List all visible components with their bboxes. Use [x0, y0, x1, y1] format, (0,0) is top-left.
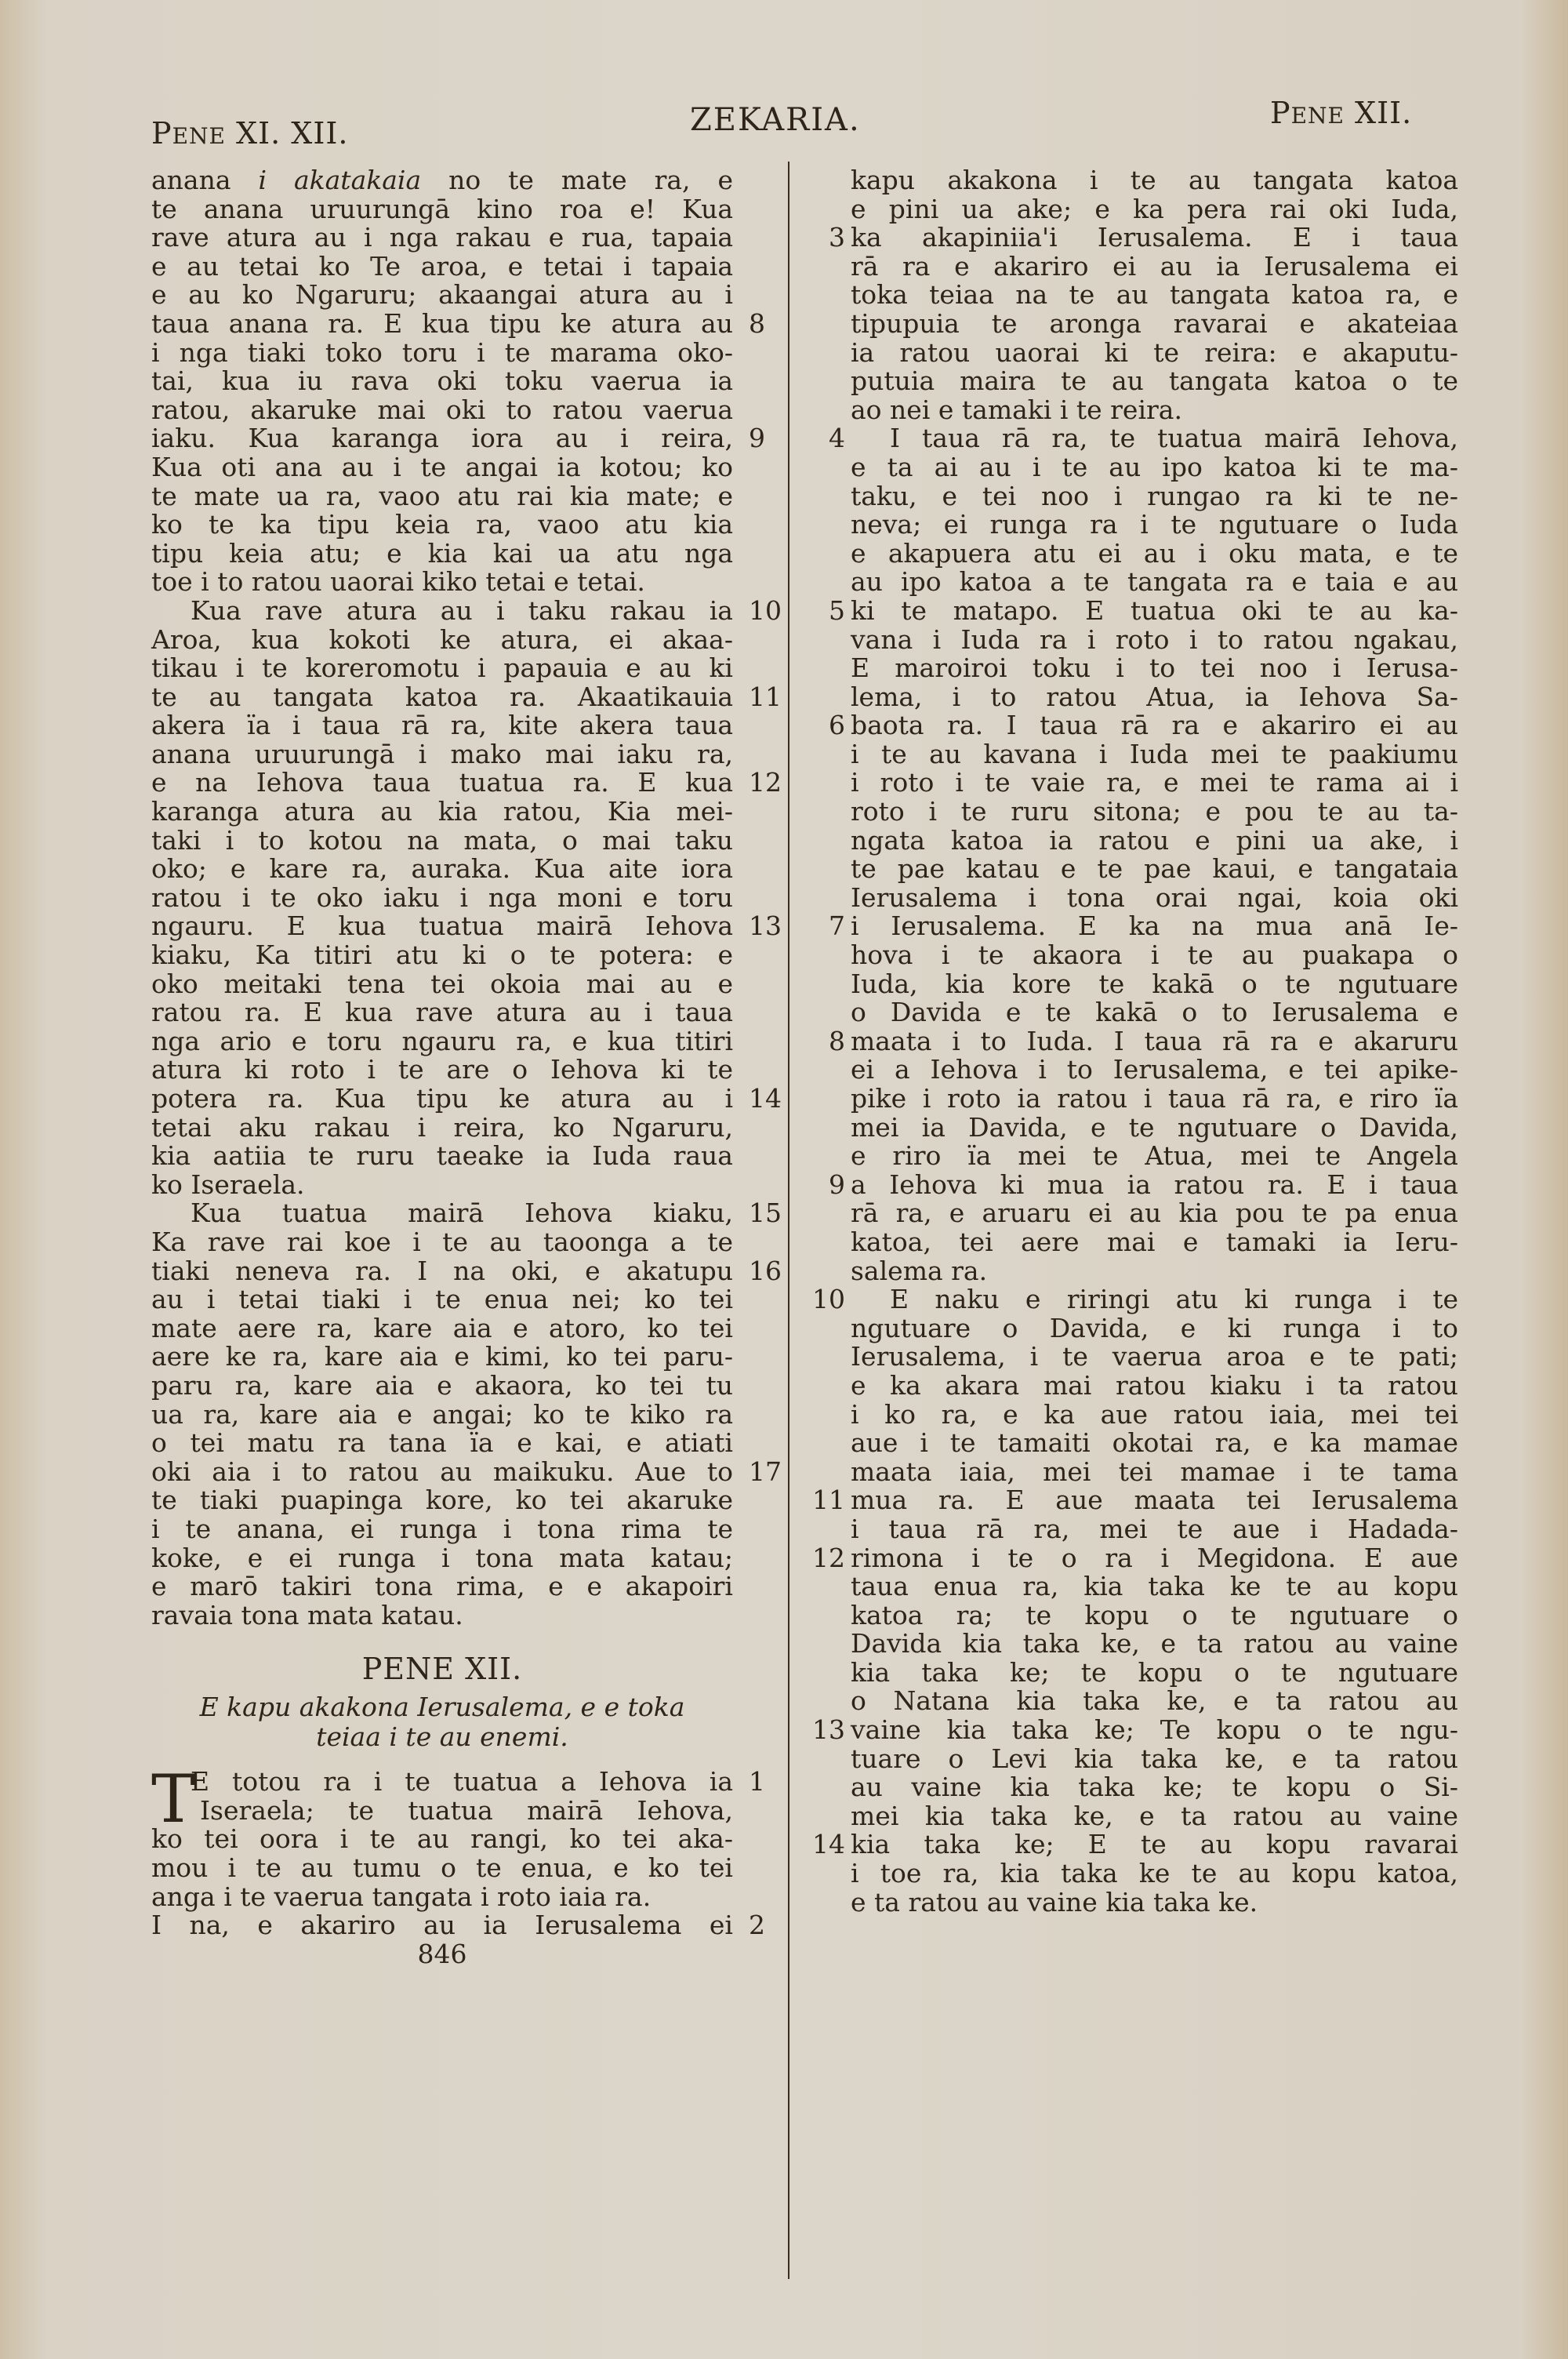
verse-number: 14: [808, 1830, 845, 1859]
text-line: rā ra, e aruaru ei au kia pou te pa enua: [808, 1199, 1443, 1228]
text-line: ko tei oora i te au rangi, ko tei aka-: [151, 1825, 747, 1854]
line-text: tetai aku rakau i reira, ko Ngaruru,: [151, 1114, 733, 1143]
line-text: ngata katoa ia ratou e pini ua ake, i: [851, 827, 1458, 856]
text-line: o Natana kia taka ke, e ta ratou au: [808, 1687, 1443, 1716]
text-line: Iseraela; te tuatua mairā Iehova,: [151, 1797, 747, 1826]
verse-number: 8: [808, 1027, 845, 1056]
text-line: au ipo katoa a te tangata ra e taia e au: [808, 568, 1443, 597]
text-line: au vaine kia taka ke; te kopu o Si-: [808, 1773, 1443, 1802]
text-line: anga i te vaerua tangata i roto iaia ra.: [151, 1883, 747, 1912]
text-line: tai, kua iu rava oki toku vaerua ia: [151, 367, 747, 396]
line-text: ao nei e tamaki i te reira.: [851, 396, 1458, 425]
text-line: Ka rave rai koe i te au taoonga a te: [151, 1228, 747, 1257]
text-line: toka teiaa na te au tangata katoa ra, e: [808, 281, 1443, 310]
text-line: e marō takiri tona rima, e e akapoiri: [151, 1572, 747, 1601]
text-line: i te au kavana i Iuda mei te paakiumu: [808, 740, 1443, 769]
line-text: mua ra. E aue maata tei Ierusalema: [851, 1486, 1458, 1515]
line-text: taki i to kotou na mata, o mai taku: [151, 827, 733, 856]
text-line: e ta ai au i te au ipo katoa ki te ma-: [808, 453, 1443, 482]
text-line: ngauru. E kua tuatua mairā Iehova13: [151, 912, 747, 941]
line-text: kapu akakona i te au tangata katoa: [851, 166, 1458, 195]
line-text: ravaia tona mata katau.: [151, 1601, 733, 1630]
line-text: e akapuera atu ei au i oku mata, e te: [851, 540, 1458, 569]
text-line: kia aatiia te ruru taeake ia Iuda raua: [151, 1142, 747, 1171]
text-line: nga ario e toru ngauru ra, e kua titiri: [151, 1027, 747, 1056]
line-text: kia taka ke; E te au kopu ravarai: [851, 1830, 1458, 1859]
line-text: aere ke ra, kare aia e kimi, ko tei paru…: [151, 1343, 733, 1372]
line-text: tuare o Levi kia taka ke, e ta ratou: [851, 1745, 1458, 1774]
line-text: vaine kia taka ke; Te kopu o te ngu-: [851, 1716, 1458, 1745]
text-line: atura ki roto i te are o Iehova ki te: [151, 1056, 747, 1085]
text-line: roto i te ruru sitona; e pou te au ta-: [808, 798, 1443, 827]
text-line: akera ïa i taua rā ra, kite akera taua: [151, 711, 747, 740]
line-text: aue i te tamaiti okotai ra, e ka mamae: [851, 1429, 1458, 1458]
line-text: akera ïa i taua rā ra, kite akera taua: [151, 711, 733, 740]
line-text: o tei matu ra tana ïa e kai, e atiati: [151, 1429, 733, 1458]
text-line: Davida kia taka ke, e ta ratou au vaine: [808, 1630, 1443, 1659]
line-text: tiaki neneva ra. I na oki, e akatupu: [151, 1257, 733, 1286]
line-text: paru ra, kare aia e akaora, ko tei tu: [151, 1372, 733, 1401]
verse-number: 6: [808, 711, 845, 740]
text-line: mou i te au tumu o te enua, e ko tei: [151, 1854, 747, 1883]
text-line: Kua rave atura au i taku rakau ia10: [151, 597, 747, 626]
text-line: i nga tiaki toko toru i te marama oko-: [151, 339, 747, 368]
text-line: ki te matapo. E tuatua oki te au ka-5: [808, 597, 1443, 626]
verse-number: 9: [808, 1171, 845, 1200]
line-text: mei kia taka ke, e ta ratou au vaine: [851, 1802, 1458, 1831]
line-text: te anana uruurungā kino roa e! Kua: [151, 195, 733, 224]
text-line: vana i Iuda ra i roto i to ratou ngakau,: [808, 626, 1443, 655]
text-line: potera ra. Kua tipu ke atura au i14: [151, 1085, 747, 1114]
line-text: taua anana ra. E kua tipu ke atura au: [151, 310, 733, 339]
text-line: Kua tuatua mairā Iehova kiaku,15: [151, 1199, 747, 1228]
text-line: te anana uruurungā kino roa e! Kua: [151, 195, 747, 224]
text-line: anana i akatakaia no te mate ra, e: [151, 166, 747, 195]
line-text: ka akapiniia'i Ierusalema. E i taua: [851, 224, 1458, 253]
line-text: tipupuia te aronga ravarai e akateiaa: [851, 310, 1458, 339]
line-text: E maroiroi toku i to tei noo i Ierusa-: [851, 654, 1458, 683]
line-text: rave atura au i nga rakau e rua, tapaia: [151, 224, 733, 253]
line-text: rā ra, e aruaru ei au kia pou te pa enua: [851, 1199, 1458, 1228]
line-text: e ta ratou au vaine kia taka ke.: [851, 1888, 1458, 1917]
text-line: e pini ua ake; e ka pera rai oki Iuda,: [808, 195, 1443, 224]
line-text: kiaku, Ka titiri atu ki o te potera: e: [151, 941, 733, 970]
verse-number: 4: [808, 424, 845, 453]
line-text: I na, e akariro au ia Ierusalema ei: [151, 1911, 733, 1940]
text-line: e au ko Ngaruru; akaangai atura au i: [151, 281, 747, 310]
line-text: ngauru. E kua tuatua mairā Iehova: [151, 912, 733, 941]
text-line: rā ra e akariro ei au ia Ierusalema ei: [808, 253, 1443, 282]
line-text: e riro ïa mei te Atua, mei te Angela: [851, 1142, 1458, 1171]
line-text: ia ratou uaorai ki te reira: e akaputu-: [851, 339, 1458, 368]
text-line: maata i to Iuda. I taua rā ra e akaruru8: [808, 1027, 1443, 1056]
line-text: maata iaia, mei tei mamae i te tama: [851, 1458, 1458, 1487]
line-text: E totou ra i te tuatua a Iehova ia: [191, 1768, 733, 1797]
line-text: ko Iseraela.: [151, 1171, 733, 1200]
text-line: ao nei e tamaki i te reira.: [808, 396, 1443, 425]
text-line: ei a Iehova i to Ierusalema, e tei apike…: [808, 1056, 1443, 1085]
text-line: i toe ra, kia taka ke te au kopu katoa,: [808, 1859, 1443, 1888]
text-line: Ierusalema, i te vaerua aroa e te pati;: [808, 1343, 1443, 1372]
line-text: e na Iehova taua tuatua ra. E kua: [151, 769, 733, 798]
line-text: anana uruurungā i mako mai iaku ra,: [151, 740, 733, 769]
line-text: ei a Iehova i to Ierusalema, e tei apike…: [851, 1056, 1458, 1085]
line-text: ratou ra. E kua rave atura au i taua: [151, 998, 733, 1027]
line-text: tai, kua iu rava oki toku vaerua ia: [151, 367, 733, 396]
text-line: mei ia Davida, e te ngutuare o Davida,: [808, 1114, 1443, 1143]
text-line: ka akapiniia'i Ierusalema. E i taua3: [808, 224, 1443, 253]
line-text: i roto i te vaie ra, e mei te rama ai i: [851, 769, 1458, 798]
text-line: i roto i te vaie ra, e mei te rama ai i: [808, 769, 1443, 798]
verse-number: 2: [749, 1911, 780, 1940]
text-line: o tei matu ra tana ïa e kai, e atiati: [151, 1429, 747, 1458]
text-line: Kua oti ana au i te angai ia kotou; ko: [151, 453, 747, 482]
header-right-smallcaps: ENE: [1291, 103, 1345, 129]
line-text: a Iehova ki mua ia ratou ra. E i taua: [851, 1171, 1458, 1200]
line-text: Kua tuatua mairā Iehova kiaku,: [151, 1199, 733, 1228]
text-line: te au tangata katoa ra. Akaatikauia11: [151, 683, 747, 712]
text-line: kiaku, Ka titiri atu ki o te potera: e: [151, 941, 747, 970]
line-text: te pae katau e te pae kaui, e tangataia: [851, 855, 1458, 884]
text-line: koke, e ei runga i tona mata katau;: [151, 1544, 747, 1573]
chapter-summary: E kapu akakona Ierusalema, e e tokateiaa…: [151, 1692, 733, 1768]
text-line: I taua rā ra, te tuatua mairā Iehova,4: [808, 424, 1443, 453]
header-right-rest: XII.: [1345, 96, 1412, 130]
line-text: Iseraela; te tuatua mairā Iehova,: [200, 1797, 733, 1826]
text-line: ia ratou uaorai ki te reira: e akaputu-: [808, 339, 1443, 368]
text-line: a Iehova ki mua ia ratou ra. E i taua9: [808, 1171, 1443, 1200]
text-line: karanga atura au kia ratou, Kia mei-: [151, 798, 747, 827]
verse-number: 10: [808, 1285, 845, 1314]
verse-number: 12: [808, 1544, 845, 1573]
header-left-initial: P: [151, 116, 172, 151]
text-line: au i tetai tiaki i te enua nei; ko tei: [151, 1285, 747, 1314]
line-text: oki aia i to ratou au maikuku. Aue to: [151, 1458, 733, 1487]
text-line: kia taka ke; te kopu o te ngutuare: [808, 1659, 1443, 1688]
line-text: ratou i te oko iaku i nga moni e toru: [151, 884, 733, 913]
text-line: aere ke ra, kare aia e kimi, ko tei paru…: [151, 1343, 747, 1372]
line-text: taua enua ra, kia taka ke te au kopu: [851, 1572, 1458, 1601]
line-text: koke, e ei runga i tona mata katau;: [151, 1544, 733, 1573]
line-text: mate aere ra, kare aia e atoro, ko tei: [151, 1314, 733, 1343]
line-text: Iuda, kia kore te kakā o te ngutuare: [851, 970, 1458, 999]
text-line: taua anana ra. E kua tipu ke atura au8: [151, 310, 747, 339]
line-text: oko; e kare ra, auraka. Kua aite iora: [151, 855, 733, 884]
verse-number: 11: [808, 1486, 845, 1515]
text-line: tuare o Levi kia taka ke, e ta ratou: [808, 1745, 1443, 1774]
text-line: salema ra.: [808, 1257, 1443, 1286]
verse-number: 13: [808, 1716, 845, 1745]
line-text: taku, e tei noo i rungao ra ki te ne-: [851, 482, 1458, 511]
text-line: e ka akara mai ratou kiaku i ta ratou: [808, 1372, 1443, 1401]
text-line: e riro ïa mei te Atua, mei te Angela: [808, 1142, 1443, 1171]
verse-number: 1: [749, 1768, 780, 1797]
line-text: nga ario e toru ngauru ra, e kua titiri: [151, 1027, 733, 1056]
line-text: e au tetai ko Te aroa, e tetai i tapaia: [151, 253, 733, 282]
line-text: e ka akara mai ratou kiaku i ta ratou: [851, 1372, 1458, 1401]
column-divider: [788, 162, 789, 2279]
text-line: paru ra, kare aia e akaora, ko tei tu: [151, 1372, 747, 1401]
line-text: Aroa, kua kokoti ke atura, ei akaa-: [151, 626, 733, 655]
line-text: au i tetai tiaki i te enua nei; ko tei: [151, 1285, 733, 1314]
line-text: putuia maira te au tangata katoa o te: [851, 367, 1458, 396]
text-line: ngutuare o Davida, e ki runga i to: [808, 1314, 1443, 1343]
text-line: kia taka ke; E te au kopu ravarai14: [808, 1830, 1443, 1859]
text-line: e na Iehova taua tuatua ra. E kua12: [151, 769, 747, 798]
verse-number: 3: [808, 224, 845, 253]
line-text: au ipo katoa a te tangata ra e taia e au: [851, 568, 1458, 597]
line-text: kia aatiia te ruru taeake ia Iuda raua: [151, 1142, 733, 1171]
line-text: maata i to Iuda. I taua rā ra e akaruru: [851, 1027, 1458, 1056]
line-text: tikau i te koreromotu i papauia e au ki: [151, 654, 733, 683]
line-text: kia taka ke; te kopu o te ngutuare: [851, 1659, 1458, 1688]
text-line: tipupuia te aronga ravarai e akateiaa: [808, 310, 1443, 339]
text-line: ko Iseraela.: [151, 1171, 747, 1200]
verse-number: 5: [808, 597, 845, 626]
line-text: Ierusalema i tona orai ngai, koia oki: [851, 884, 1458, 913]
line-text: e marō takiri tona rima, e e akapoiri: [151, 1572, 733, 1601]
right-column: kapu akakona i te au tangata katoae pini…: [808, 166, 1443, 1917]
text-line: i taua rā ra, mei te aue i Hadada-: [808, 1515, 1443, 1544]
page-number-line: 846: [151, 1940, 747, 1969]
line-text: i taua rā ra, mei te aue i Hadada-: [851, 1515, 1458, 1544]
line-text: lema, i to ratou Atua, ia Iehova Sa-: [851, 683, 1458, 712]
chapter-body: TE totou ra i te tuatua a Iehova ia1Iser…: [151, 1768, 747, 1940]
text-line: hova i te akaora i te au puakapa o: [808, 941, 1443, 970]
text-line: ratou, akaruke mai oki to ratou vaerua: [151, 396, 747, 425]
line-text: ngutuare o Davida, e ki runga i to: [851, 1314, 1458, 1343]
line-text: vana i Iuda ra i roto i to ratou ngakau,: [851, 626, 1458, 655]
line-text: toka teiaa na te au tangata katoa ra, e: [851, 281, 1458, 310]
text-line: katoa ra; te kopu o te ngutuare o: [808, 1601, 1443, 1630]
line-text: e au ko Ngaruru; akaangai atura au i: [151, 281, 733, 310]
line-text: toe i to ratou uaorai kiko tetai e tetai…: [151, 568, 733, 597]
text-line: vaine kia taka ke; Te kopu o te ngu-13: [808, 1716, 1443, 1745]
text-line: mua ra. E aue maata tei Ierusalema11: [808, 1486, 1443, 1515]
text-line: I na, e akariro au ia Ierusalema ei2: [151, 1911, 747, 1940]
italic-text-run: i akatakaia: [258, 165, 421, 195]
text-line: ko te ka tipu keia ra, vaoo atu kia: [151, 511, 747, 540]
text-line: te pae katau e te pae kaui, e tangataia: [808, 855, 1443, 884]
header-right-initial: P: [1270, 96, 1291, 130]
line-text: Kua rave atura au i taku rakau ia: [151, 597, 733, 626]
book-title: ZEKARIA.: [690, 102, 861, 138]
verse-number: 12: [749, 769, 780, 798]
line-text: iaku. Kua karanga iora au i reira,: [151, 424, 733, 453]
text-line: oki aia i to ratou au maikuku. Aue to17: [151, 1458, 747, 1487]
text-line: baota ra. I taua rā ra e akariro ei au6: [808, 711, 1443, 740]
text-line: pike i roto ia ratou i taua rā ra, e rir…: [808, 1085, 1443, 1114]
text-line: kapu akakona i te au tangata katoa: [808, 166, 1443, 195]
line-text: Ierusalema, i te vaerua aroa e te pati;: [851, 1343, 1458, 1372]
text-line: aue i te tamaiti okotai ra, e ka mamae: [808, 1429, 1443, 1458]
line-text: anga i te vaerua tangata i roto iaia ra.: [151, 1883, 733, 1912]
header-left-smallcaps: ENE: [172, 123, 226, 149]
line-text: oko meitaki tena tei okoia mai au e: [151, 970, 733, 999]
text-line: o Davida e te kakā o to Ierusalema e: [808, 998, 1443, 1027]
text-line: taua enua ra, kia taka ke te au kopu: [808, 1572, 1443, 1601]
line-text: I taua rā ra, te tuatua mairā Iehova,: [851, 424, 1458, 453]
line-text: ko te ka tipu keia ra, vaoo atu kia: [151, 511, 733, 540]
text-line: E totou ra i te tuatua a Iehova ia1: [151, 1768, 747, 1797]
line-text: i Ierusalema. E ka na mua anā Ie-: [851, 912, 1458, 941]
text-line: mate aere ra, kare aia e atoro, ko tei: [151, 1314, 747, 1343]
summary-line: teiaa i te au enemi.: [151, 1722, 733, 1752]
text-line: tikau i te koreromotu i papauia e au ki: [151, 654, 747, 683]
text-line: tipu keia atu; e kia kai ua atu nga: [151, 540, 747, 569]
text-line: te tiaki puapinga kore, ko tei akaruke: [151, 1486, 747, 1515]
verse-number: 15: [749, 1199, 780, 1228]
line-text: i nga tiaki toko toru i te marama oko-: [151, 339, 733, 368]
line-text: atura ki roto i te are o Iehova ki te: [151, 1056, 733, 1085]
text-line: e ta ratou au vaine kia taka ke.: [808, 1888, 1443, 1917]
text-line: i ko ra, e ka aue ratou iaia, mei tei: [808, 1401, 1443, 1430]
text-line: Ierusalema i tona orai ngai, koia oki: [808, 884, 1443, 913]
line-text: te au tangata katoa ra. Akaatikauia: [151, 683, 733, 712]
line-text: ratou, akaruke mai oki to ratou vaerua: [151, 396, 733, 425]
line-text: te tiaki puapinga kore, ko tei akaruke: [151, 1486, 733, 1515]
line-text: hova i te akaora i te au puakapa o: [851, 941, 1458, 970]
line-text: Davida kia taka ke, e ta ratou au vaine: [851, 1630, 1458, 1659]
line-text: baota ra. I taua rā ra e akariro ei au: [851, 711, 1458, 740]
line-text: o Natana kia taka ke, e ta ratou au: [851, 1687, 1458, 1716]
line-text: i toe ra, kia taka ke te au kopu katoa,: [851, 1859, 1458, 1888]
verse-number: 10: [749, 597, 780, 626]
text-line: oko; e kare ra, auraka. Kua aite iora: [151, 855, 747, 884]
line-text: anana i akatakaia no te mate ra, e: [151, 166, 733, 195]
text-run: anana: [151, 165, 258, 195]
text-line: oko meitaki tena tei okoia mai au e: [151, 970, 747, 999]
verse-number: 16: [749, 1257, 780, 1286]
line-text: ko tei oora i te au rangi, ko tei aka-: [151, 1825, 733, 1854]
text-line: i Ierusalema. E ka na mua anā Ie-7: [808, 912, 1443, 941]
summary-line: E kapu akakona Ierusalema, e e toka: [151, 1692, 733, 1722]
text-line: neva; ei runga ra i te ngutuare o Iuda: [808, 511, 1443, 540]
line-text: ua ra, kare aia e angai; ko te kiko ra: [151, 1401, 733, 1430]
line-text: E naku e riringi atu ki runga i te: [851, 1285, 1458, 1314]
line-text: salema ra.: [851, 1257, 1458, 1286]
line-text: rimona i te o ra i Megidona. E aue: [851, 1544, 1458, 1573]
line-text: e pini ua ake; e ka pera rai oki Iuda,: [851, 195, 1458, 224]
verse-number: 14: [749, 1085, 780, 1114]
page-number: 846: [151, 1940, 733, 1969]
text-line: toe i to ratou uaorai kiko tetai e tetai…: [151, 568, 747, 597]
text-line: e akapuera atu ei au i oku mata, e te: [808, 540, 1443, 569]
header-chapter-current: PENE XII.: [1270, 96, 1412, 130]
text-line: te mate ua ra, vaoo atu rai kia mate; e: [151, 482, 747, 511]
text-run: no te mate ra, e: [421, 165, 733, 195]
text-line: putuia maira te au tangata katoa o te: [808, 367, 1443, 396]
left-column: anana i akatakaia no te mate ra, ete ana…: [151, 166, 747, 1968]
text-line: i te anana, ei runga i tona rima te: [151, 1515, 747, 1544]
line-text: Ka rave rai koe i te au taoonga a te: [151, 1228, 733, 1257]
text-line: taki i to kotou na mata, o mai taku: [151, 827, 747, 856]
text-line: ratou ra. E kua rave atura au i taua: [151, 998, 747, 1027]
line-text: tipu keia atu; e kia kai ua atu nga: [151, 540, 733, 569]
text-line: rave atura au i nga rakau e rua, tapaia: [151, 224, 747, 253]
text-line: Aroa, kua kokoti ke atura, ei akaa-: [151, 626, 747, 655]
header-chapter-range: PENE XI. XII.: [151, 116, 348, 151]
line-text: katoa, tei aere mai e tamaki ia Ieru-: [851, 1228, 1458, 1257]
text-line: ngata katoa ia ratou e pini ua ake, i: [808, 827, 1443, 856]
text-line: lema, i to ratou Atua, ia Iehova Sa-: [808, 683, 1443, 712]
line-text: te mate ua ra, vaoo atu rai kia mate; e: [151, 482, 733, 511]
text-line: anana uruurungā i mako mai iaku ra,: [151, 740, 747, 769]
text-line: mei kia taka ke, e ta ratou au vaine: [808, 1802, 1443, 1831]
text-line: E naku e riringi atu ki runga i te10: [808, 1285, 1443, 1314]
running-header: PENE XI. XII. ZEKARIA. PENE XII.: [0, 96, 1568, 151]
text-line: iaku. Kua karanga iora au i reira,9: [151, 424, 747, 453]
line-text: karanga atura au kia ratou, Kia mei-: [151, 798, 733, 827]
line-text: pike i roto ia ratou i taua rā ra, e rir…: [851, 1085, 1458, 1114]
verse-number: 11: [749, 683, 780, 712]
text-line: ratou i te oko iaku i nga moni e toru: [151, 884, 747, 913]
line-text: i te au kavana i Iuda mei te paakiumu: [851, 740, 1458, 769]
text-line: maata iaia, mei tei mamae i te tama: [808, 1458, 1443, 1487]
line-text: mou i te au tumu o te enua, e ko tei: [151, 1854, 733, 1883]
line-text: mei ia Davida, e te ngutuare o Davida,: [851, 1114, 1458, 1143]
verse-number: 7: [808, 912, 845, 941]
verse-number: 9: [749, 424, 780, 453]
header-left-rest: XI. XII.: [226, 116, 348, 151]
line-text: o Davida e te kakā o to Ierusalema e: [851, 998, 1458, 1027]
text-line: tetai aku rakau i reira, ko Ngaruru,: [151, 1114, 747, 1143]
chapter-heading: PENE XII.: [151, 1630, 733, 1692]
text-line: e au tetai ko Te aroa, e tetai i tapaia: [151, 253, 747, 282]
text-line: ravaia tona mata katau.: [151, 1601, 747, 1630]
text-line: ua ra, kare aia e angai; ko te kiko ra: [151, 1401, 747, 1430]
text-line: taku, e tei noo i rungao ra ki te ne-: [808, 482, 1443, 511]
line-text: roto i te ruru sitona; e pou te au ta-: [851, 798, 1458, 827]
verse-number: 17: [749, 1458, 780, 1487]
text-line: Iuda, kia kore te kakā o te ngutuare: [808, 970, 1443, 999]
line-text: katoa ra; te kopu o te ngutuare o: [851, 1601, 1458, 1630]
text-line: E maroiroi toku i to tei noo i Ierusa-: [808, 654, 1443, 683]
text-line: rimona i te o ra i Megidona. E aue12: [808, 1544, 1443, 1573]
text-line: tiaki neneva ra. I na oki, e akatupu16: [151, 1257, 747, 1286]
line-text: ki te matapo. E tuatua oki te au ka-: [851, 597, 1458, 626]
line-text: i ko ra, e ka aue ratou iaia, mei tei: [851, 1401, 1458, 1430]
text-line: katoa, tei aere mai e tamaki ia Ieru-: [808, 1228, 1443, 1257]
line-text: potera ra. Kua tipu ke atura au i: [151, 1085, 733, 1114]
line-text: rā ra e akariro ei au ia Ierusalema ei: [851, 253, 1458, 282]
verse-number: 13: [749, 912, 780, 941]
line-text: i te anana, ei runga i tona rima te: [151, 1515, 733, 1544]
line-text: Kua oti ana au i te angai ia kotou; ko: [151, 453, 733, 482]
line-text: e ta ai au i te au ipo katoa ki te ma-: [851, 453, 1458, 482]
line-text: neva; ei runga ra i te ngutuare o Iuda: [851, 511, 1458, 540]
verse-number: 8: [749, 310, 780, 339]
line-text: au vaine kia taka ke; te kopu o Si-: [851, 1773, 1458, 1802]
